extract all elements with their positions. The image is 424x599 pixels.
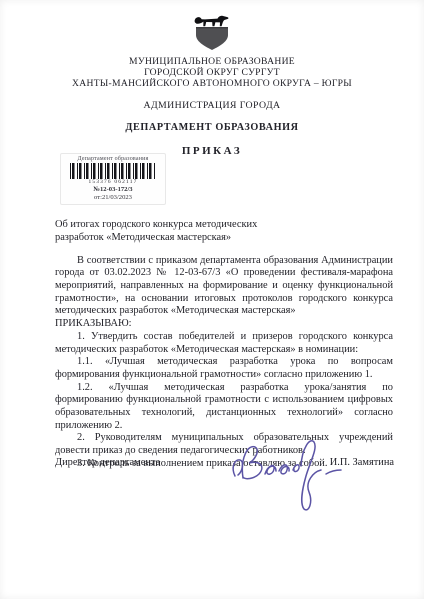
- department-title: ДЕПАРТАМЕНТ ОБРАЗОВАНИЯ: [0, 122, 424, 133]
- paragraph-item-1: 1. Утвердить состав победителей и призер…: [55, 331, 393, 356]
- document-page: МУНИЦИПАЛЬНОЕ ОБРАЗОВАНИЕ ГОРОДСКОЙ ОКРУ…: [0, 0, 424, 599]
- org-name-line-2: ГОРОДСКОЙ ОКРУГ СУРГУТ: [0, 67, 424, 78]
- surgut-fox-coat-of-arms-icon: [193, 11, 231, 52]
- paragraph-item-1-1: 1.1. «Лучшая методическая разработка уро…: [55, 356, 393, 381]
- stamp-department-label: Департамент образования: [61, 156, 165, 162]
- stamp-registration-number: №12-03-172/3: [61, 186, 165, 193]
- org-name-line-1: МУНИЦИПАЛЬНОЕ ОБРАЗОВАНИЕ: [0, 56, 424, 67]
- signature-block: Директор департамента И.П. Замятина: [55, 457, 394, 468]
- stamp-date: от:21/03/2023: [61, 194, 165, 201]
- signer-name: И.П. Замятина: [330, 457, 394, 468]
- org-name-line-3: ХАНТЫ-МАНСИЙСКОГО АВТОНОМНОГО ОКРУГА – Ю…: [0, 78, 424, 89]
- subject-block: Об итогах городского конкурса методическ…: [55, 219, 393, 245]
- subject-line-1: Об итогах городского конкурса методическ…: [55, 219, 393, 232]
- administration-title: АДМИНИСТРАЦИЯ ГОРОДА: [0, 100, 424, 111]
- paragraph-preamble: В соответствии с приказом департамента о…: [55, 255, 393, 319]
- paragraph-item-2: 2. Руководителям муниципальных образоват…: [55, 432, 393, 457]
- barcode: [70, 163, 156, 179]
- letterhead: МУНИЦИПАЛЬНОЕ ОБРАЗОВАНИЕ ГОРОДСКОЙ ОКРУ…: [0, 11, 424, 157]
- paragraph-item-1-2: 1.2. «Лучшая методическая разработка уро…: [55, 382, 393, 433]
- paragraph-order-word: ПРИКАЗЫВАЮ:: [55, 318, 393, 331]
- barcode-digits: 153376 062117: [61, 179, 165, 185]
- registration-stamp: Департамент образования 153376 062117 №1…: [60, 153, 166, 205]
- body-text: В соответствии с приказом департамента о…: [55, 255, 393, 471]
- document-content: Об итогах городского конкурса методическ…: [55, 219, 393, 471]
- subject-line-2: разработок «Методическая мастерская»: [55, 232, 393, 245]
- signer-position: Директор департамента: [55, 457, 160, 468]
